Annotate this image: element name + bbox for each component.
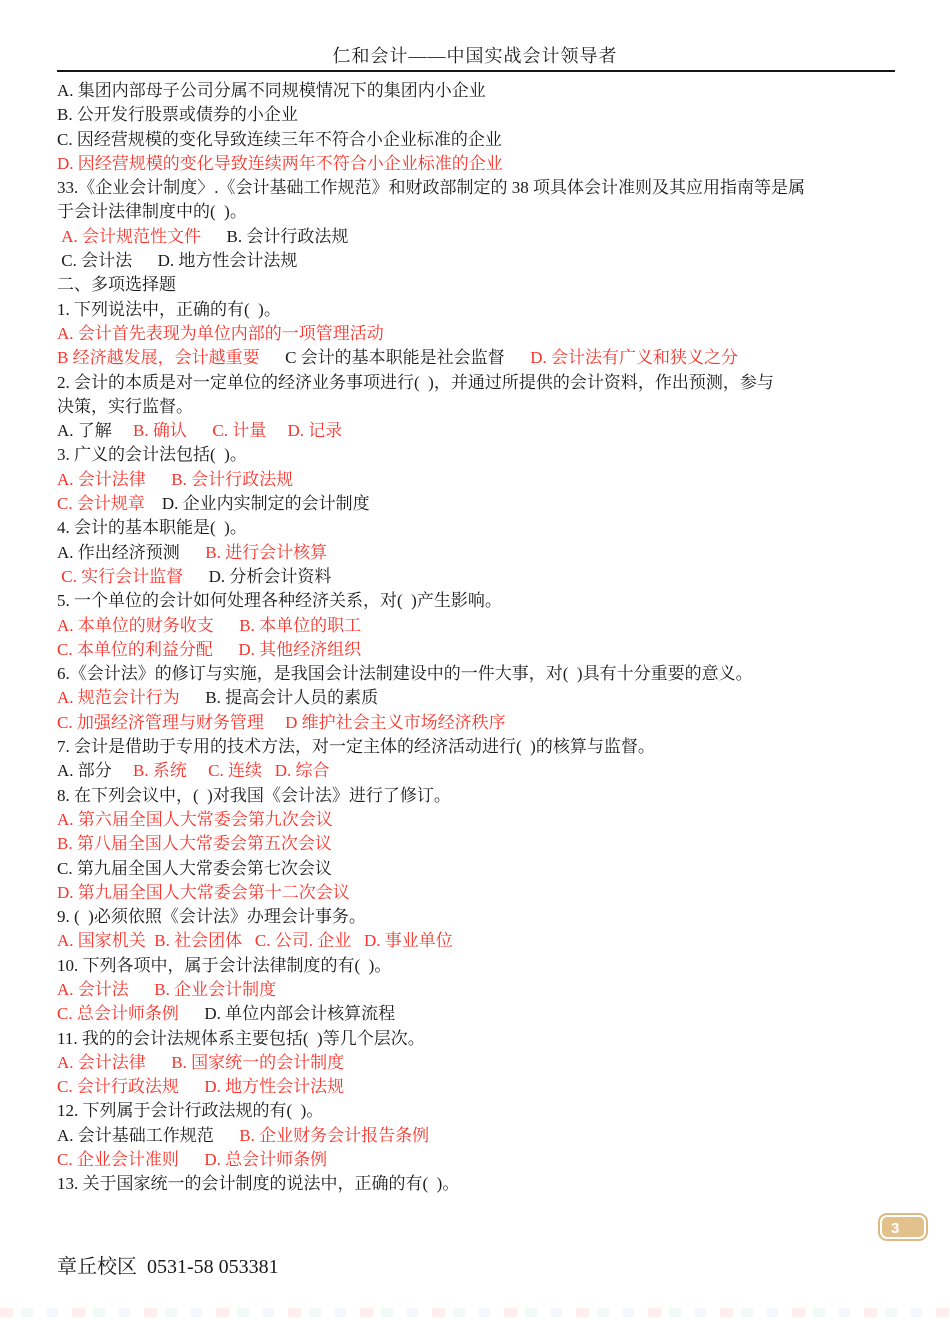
- text-segment: A. 会计规范性文件: [57, 227, 201, 246]
- text-segment: B. 企业财务会计报告条例: [214, 1126, 429, 1145]
- header-divider: [57, 70, 895, 72]
- text-segment: A. 了解: [57, 421, 112, 440]
- text-segment: D. 分析会计资料: [183, 567, 331, 586]
- text-segment: C. 企业会计准则 D. 总会计师条例: [57, 1150, 327, 1169]
- question-line: 7. 会计是借助于专用的技术方法，对一定主体的经济活动进行( )的核算与监督。: [57, 735, 905, 759]
- text-segment: 12. 下列属于会计行政法规的有( )。: [57, 1101, 323, 1120]
- question-line: C. 会计行政法规 D. 地方性会计法规: [57, 1075, 905, 1099]
- text-segment: 11. 我的的会计法规体系主要包括( )等几个层次。: [57, 1029, 425, 1048]
- text-segment: C. 会计行政法规 D. 地方性会计法规: [57, 1077, 344, 1096]
- text-segment: B. 提高会计人员的素质: [180, 688, 378, 707]
- question-line: A. 会计基础工作规范 B. 企业财务会计报告条例: [57, 1124, 905, 1148]
- text-segment: A. 作出经济预测: [57, 543, 180, 562]
- text-segment: D. 企业内实制定的会计制度: [145, 494, 370, 513]
- question-line: A. 会计首先表现为单位内部的一项管理活动: [57, 322, 905, 346]
- text-segment: A. 规范会计行为: [57, 688, 180, 707]
- text-segment: 2. 会计的本质是对一定单位的经济业务事项进行( )，并通过所提供的会计资料，作…: [57, 373, 774, 392]
- text-segment: D. 单位内部会计核算流程: [179, 1004, 395, 1023]
- question-line: 33.《企业会计制度〉.《会计基础工作规范》和财政部制定的 38 项具体会计准则…: [57, 176, 905, 200]
- question-line: C. 实行会计监督 D. 分析会计资料: [57, 565, 905, 589]
- question-line: 11. 我的的会计法规体系主要包括( )等几个层次。: [57, 1027, 905, 1051]
- question-line: 决策，实行监督。: [57, 395, 905, 419]
- question-line: 9. ( )必须依照《会计法》办理会计事务。: [57, 905, 905, 929]
- text-segment: 于会计法律制度中的( )。: [57, 202, 247, 221]
- question-line: C. 加强经济管理与财务管理 D 维护社会主义市场经济秩序: [57, 711, 905, 735]
- text-segment: D. 会计法有广义和狭义之分: [505, 348, 738, 367]
- text-segment: A. 本单位的财务收支 B. 本单位的职工: [57, 616, 361, 635]
- question-line: C. 会计规章 D. 企业内实制定的会计制度: [57, 492, 905, 516]
- question-line: B 经济越发展，会计越重要 C 会计的基本职能是社会监督 D. 会计法有广义和狭…: [57, 346, 905, 370]
- document-lines: A. 集团内部母子公司分属不同规模情况下的集团内小企业B. 公开发行股票或债券的…: [57, 79, 905, 1197]
- page-number-badge: 3: [880, 1215, 926, 1239]
- question-line: 12. 下列属于会计行政法规的有( )。: [57, 1099, 905, 1123]
- question-line: A. 第六届全国人大常委会第九次会议: [57, 808, 905, 832]
- question-line: D. 第九届全国人大常委会第十二次会议: [57, 881, 905, 905]
- document-title: 仁和会计——中国实战会计领导者: [0, 42, 950, 68]
- text-segment: C. 因经营规模的变化导致连续三年不符合小企业标准的企业: [57, 130, 502, 149]
- text-segment: 33.《企业会计制度〉.《会计基础工作规范》和财政部制定的 38 项具体会计准则…: [57, 178, 805, 197]
- question-line: C. 本单位的利益分配 D. 其他经济组织: [57, 638, 905, 662]
- question-line: C. 第九届全国人大常委会第七次会议: [57, 857, 905, 881]
- text-segment: 8. 在下列会议中，( )对我国《会计法》进行了修订。: [57, 786, 451, 805]
- text-segment: C. 加强经济管理与财务管理 D 维护社会主义市场经济秩序: [57, 713, 506, 732]
- text-segment: C. 第九届全国人大常委会第七次会议: [57, 859, 332, 878]
- question-line: A. 规范会计行为 B. 提高会计人员的素质: [57, 686, 905, 710]
- question-line: 3. 广义的会计法包括( )。: [57, 443, 905, 467]
- question-line: C. 总会计师条例 D. 单位内部会计核算流程: [57, 1002, 905, 1026]
- question-line: A. 国家机关 B. 社会团体 C. 公司. 企业 D. 事业单位: [57, 929, 905, 953]
- question-line: C. 因经营规模的变化导致连续三年不符合小企业标准的企业: [57, 128, 905, 152]
- text-segment: B. 会计行政法规: [201, 227, 348, 246]
- text-segment: C 会计的基本职能是社会监督: [260, 348, 505, 367]
- text-segment: A. 部分: [57, 761, 112, 780]
- question-line: 6.《会计法》的修订与实施，是我国会计法制建设中的一件大事，对( )具有十分重要…: [57, 662, 905, 686]
- text-segment: 4. 会计的基本职能是( )。: [57, 518, 247, 537]
- text-segment: C. 本单位的利益分配 D. 其他经济组织: [57, 640, 361, 659]
- text-segment: 3. 广义的会计法包括( )。: [57, 445, 247, 464]
- question-line: 2. 会计的本质是对一定单位的经济业务事项进行( )，并通过所提供的会计资料，作…: [57, 371, 905, 395]
- text-segment: B. 确认 C. 计量 D. 记录: [112, 421, 342, 440]
- document-page: 仁和会计——中国实战会计领导者 A. 集团内部母子公司分属不同规模情况下的集团内…: [0, 0, 950, 1320]
- question-line: C. 会计法 D. 地方性会计法规: [57, 249, 905, 273]
- question-line: A. 了解 B. 确认 C. 计量 D. 记录: [57, 419, 905, 443]
- text-segment: A. 会计法律 B. 会计行政法规: [57, 470, 293, 489]
- question-line: A. 会计法 B. 企业会计制度: [57, 978, 905, 1002]
- text-segment: B. 第八届全国人大常委会第五次会议: [57, 834, 332, 853]
- text-segment: 1. 下列说法中，正确的有( )。: [57, 300, 281, 319]
- text-segment: 5. 一个单位的会计如何处理各种经济关系，对( )产生影响。: [57, 591, 502, 610]
- campus-contact-line: 章丘校区 0531-58 053381: [57, 1250, 279, 1279]
- question-line: 10. 下列各项中，属于会计法律制度的有( )。: [57, 954, 905, 978]
- text-segment: B. 进行会计核算: [180, 543, 327, 562]
- question-line: 于会计法律制度中的( )。: [57, 200, 905, 224]
- question-line: A. 本单位的财务收支 B. 本单位的职工: [57, 614, 905, 638]
- text-segment: B. 系统 C. 连续 D. 综合: [112, 761, 330, 780]
- text-segment: C. 总会计师条例: [57, 1004, 179, 1023]
- question-line: 5. 一个单位的会计如何处理各种经济关系，对( )产生影响。: [57, 589, 905, 613]
- question-line: A. 会计法律 B. 国家统一的会计制度: [57, 1051, 905, 1075]
- text-segment: A. 国家机关 B. 社会团体 C. 公司. 企业 D. 事业单位: [57, 931, 453, 950]
- question-line: 8. 在下列会议中，( )对我国《会计法》进行了修订。: [57, 784, 905, 808]
- question-line: 1. 下列说法中，正确的有( )。: [57, 298, 905, 322]
- text-segment: C. 会计规章: [57, 494, 145, 513]
- text-segment: C. 会计法 D. 地方性会计法规: [57, 251, 297, 270]
- text-segment: 决策，实行监督。: [57, 397, 193, 416]
- text-segment: C. 实行会计监督: [57, 567, 183, 586]
- text-segment: D. 因经营规模的变化导致连续两年不符合小企业标准的企业: [57, 154, 503, 173]
- text-segment: B 经济越发展，会计越重要: [57, 348, 260, 367]
- question-line: A. 部分 B. 系统 C. 连续 D. 综合: [57, 759, 905, 783]
- question-line: A. 作出经济预测 B. 进行会计核算: [57, 541, 905, 565]
- text-segment: 6.《会计法》的修订与实施，是我国会计法制建设中的一件大事，对( )具有十分重要…: [57, 664, 753, 683]
- question-line: D. 因经营规模的变化导致连续两年不符合小企业标准的企业: [57, 152, 905, 176]
- question-line: A. 集团内部母子公司分属不同规模情况下的集团内小企业: [57, 79, 905, 103]
- text-segment: 9. ( )必须依照《会计法》办理会计事务。: [57, 907, 366, 926]
- text-segment: B. 公开发行股票或债券的小企业: [57, 105, 298, 124]
- bottom-watermark-strip: [0, 1308, 950, 1317]
- question-line: 13. 关于国家统一的会计制度的说法中，正确的有( )。: [57, 1172, 905, 1196]
- question-line: B. 第八届全国人大常委会第五次会议: [57, 832, 905, 856]
- text-segment: A. 会计法律 B. 国家统一的会计制度: [57, 1053, 344, 1072]
- text-segment: A. 集团内部母子公司分属不同规模情况下的集团内小企业: [57, 81, 486, 100]
- text-segment: A. 会计基础工作规范: [57, 1126, 214, 1145]
- text-segment: 10. 下列各项中，属于会计法律制度的有( )。: [57, 956, 391, 975]
- question-line: B. 公开发行股票或债券的小企业: [57, 103, 905, 127]
- question-line: C. 企业会计准则 D. 总会计师条例: [57, 1148, 905, 1172]
- text-segment: A. 会计首先表现为单位内部的一项管理活动: [57, 324, 384, 343]
- text-segment: A. 第六届全国人大常委会第九次会议: [57, 810, 333, 829]
- question-line: 4. 会计的基本职能是( )。: [57, 516, 905, 540]
- question-line: A. 会计法律 B. 会计行政法规: [57, 468, 905, 492]
- text-segment: 7. 会计是借助于专用的技术方法，对一定主体的经济活动进行( )的核算与监督。: [57, 737, 655, 756]
- question-line: 二、多项选择题: [57, 273, 905, 297]
- text-segment: 二、多项选择题: [57, 275, 176, 294]
- text-segment: D. 第九届全国人大常委会第十二次会议: [57, 883, 350, 902]
- question-line: A. 会计规范性文件 B. 会计行政法规: [57, 225, 905, 249]
- text-segment: 13. 关于国家统一的会计制度的说法中，正确的有( )。: [57, 1174, 459, 1193]
- text-segment: A. 会计法 B. 企业会计制度: [57, 980, 276, 999]
